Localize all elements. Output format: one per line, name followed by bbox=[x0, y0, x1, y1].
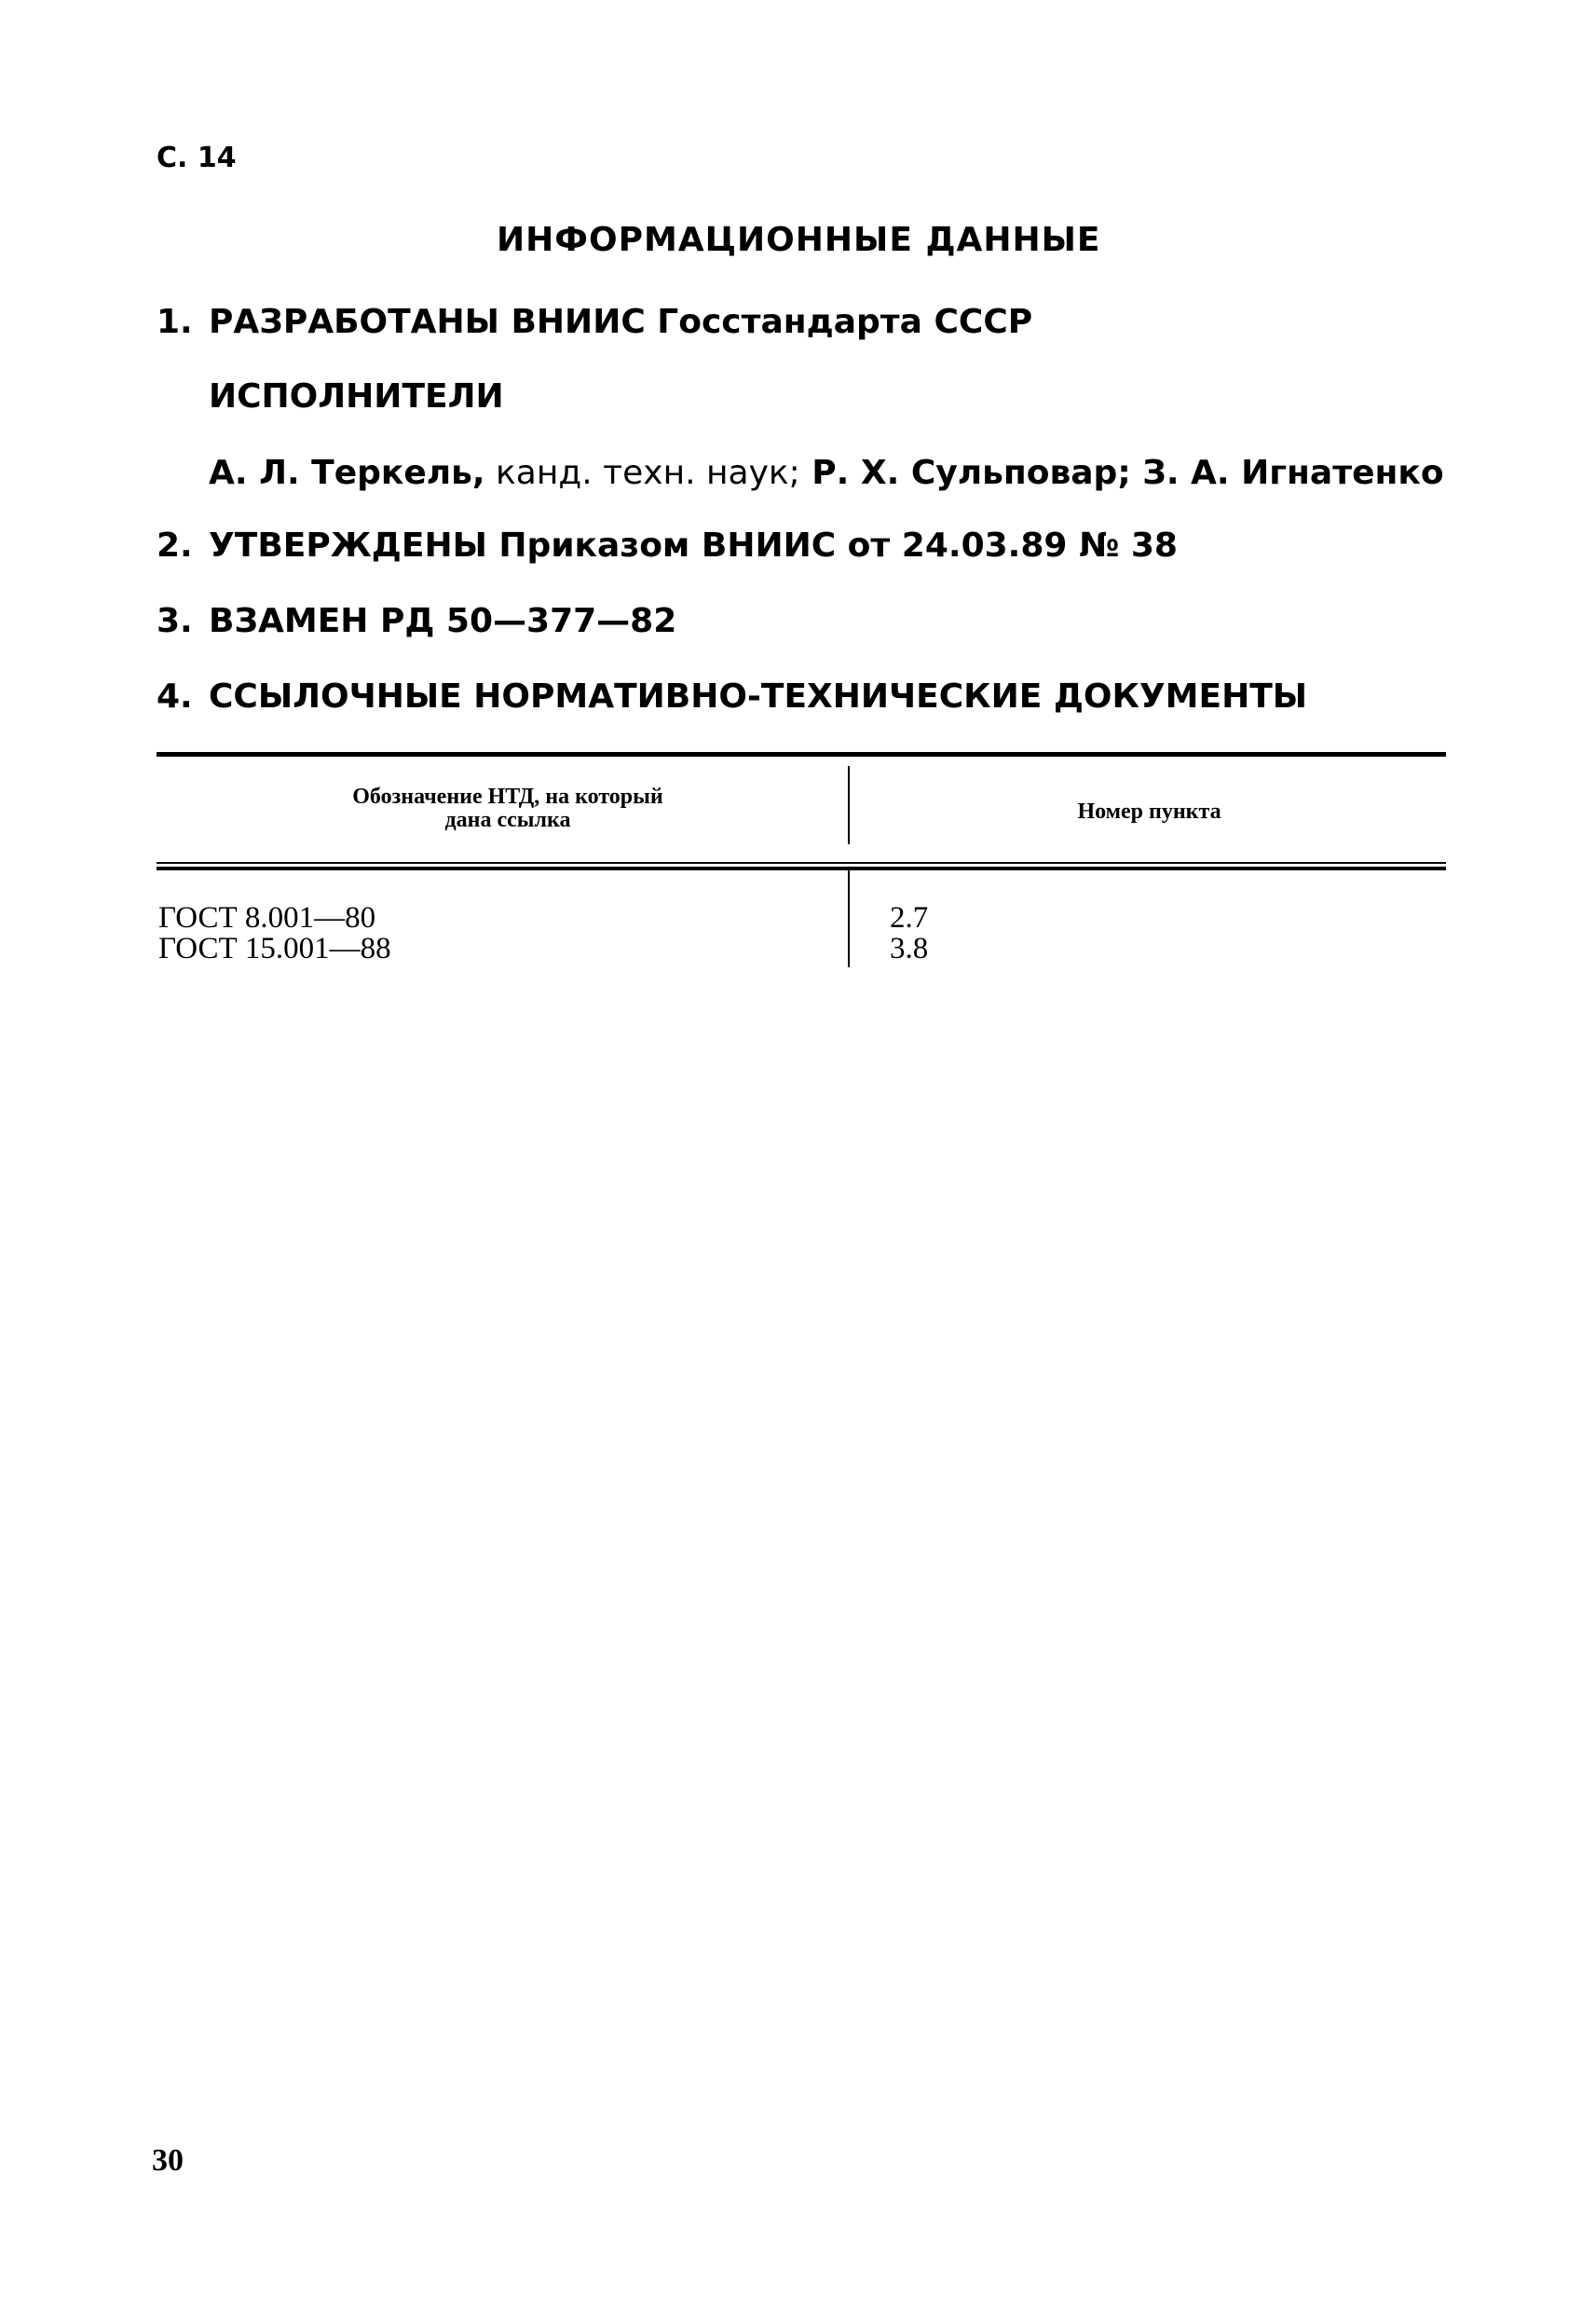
table-top-rule bbox=[157, 752, 1446, 757]
table-column-divider bbox=[848, 766, 850, 844]
item-number: 2. bbox=[157, 526, 209, 565]
table-cell-clause: 2.7 bbox=[890, 903, 928, 934]
page-number: 30 bbox=[152, 2143, 184, 2179]
header-line: Обозначение НТД, на который bbox=[224, 786, 792, 809]
table-cell-document: ГОСТ 15.001—88 bbox=[158, 934, 391, 964]
item-replaces: 3.ВЗАМЕН РД 50—377—82 bbox=[157, 602, 676, 640]
executor-name: Р. Х. Сульповар; bbox=[800, 454, 1131, 492]
executor-name: З. А. Игнатенко bbox=[1131, 454, 1444, 492]
item-text: Приказом ВНИИС от 24.03.89 № 38 bbox=[487, 526, 1178, 565]
item-label: ВЗАМЕН bbox=[209, 602, 368, 640]
table-header-clause: Номер пункта bbox=[853, 800, 1446, 825]
page-title: ИНФОРМАЦИОННЫЕ ДАННЫЕ bbox=[497, 221, 1101, 259]
item-label: ССЫЛОЧНЫЕ НОРМАТИВНО-ТЕХНИЧЕСКИЕ ДОКУМЕН… bbox=[209, 677, 1307, 716]
table-header-document: Обозначение НТД, на который дана ссылка bbox=[224, 786, 792, 832]
item-number: 1. bbox=[157, 303, 209, 341]
header-line: дана ссылка bbox=[224, 809, 792, 832]
item-text: Госстандарта СССР bbox=[646, 303, 1032, 341]
item-label: УТВЕРЖДЕНЫ bbox=[209, 526, 487, 565]
item-number: 4. bbox=[157, 677, 209, 716]
table-cell-clause: 3.8 bbox=[890, 934, 928, 964]
table-header-rule bbox=[157, 862, 1446, 864]
item-references: 4.ССЫЛОЧНЫЕ НОРМАТИВНО-ТЕХНИЧЕСКИЕ ДОКУМ… bbox=[157, 677, 1307, 716]
item-label: РАЗРАБОТАНЫ ВНИИС bbox=[209, 303, 646, 341]
executor-name: А. Л. Теркель, bbox=[209, 454, 485, 492]
item-text: РД 50—377—82 bbox=[368, 602, 676, 640]
table-column-divider bbox=[848, 870, 850, 967]
item-number: 3. bbox=[157, 602, 209, 640]
page-label: С. 14 bbox=[157, 142, 237, 174]
table-header-rule bbox=[157, 867, 1446, 870]
executors-list: А. Л. Теркель, канд. техн. наук; Р. Х. С… bbox=[209, 454, 1444, 492]
item-approved: 2.УТВЕРЖДЕНЫ Приказом ВНИИС от 24.03.89 … bbox=[157, 526, 1178, 565]
item-developed: 1.РАЗРАБОТАНЫ ВНИИС Госстандарта СССР bbox=[157, 303, 1032, 341]
executors-label: ИСПОЛНИТЕЛИ bbox=[209, 377, 504, 416]
executor-note: канд. техн. наук; bbox=[485, 454, 800, 492]
table-cell-document: ГОСТ 8.001—80 bbox=[158, 903, 375, 934]
